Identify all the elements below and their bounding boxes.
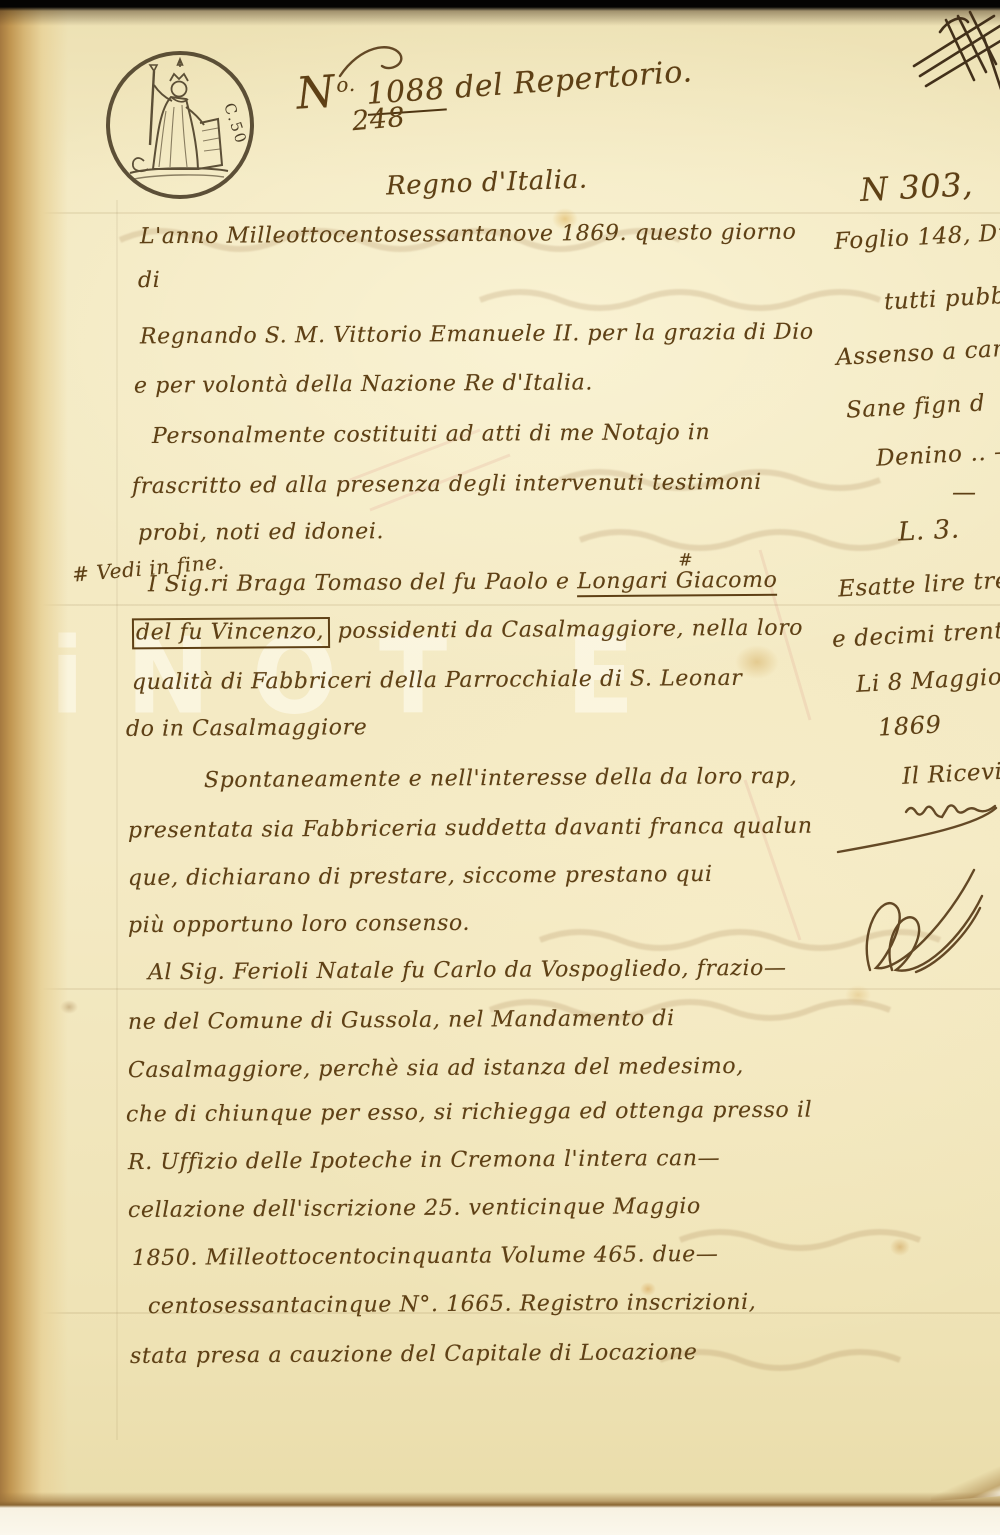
body-line: e per volontà della Nazione Re d'Italia. — [134, 370, 593, 398]
body-line: qualità di Fabbriceri della Parrocchiale… — [132, 666, 743, 695]
body-line: R. Uffizio delle Ipoteche in Cremona l'i… — [128, 1146, 720, 1175]
body-line: Regnando S. M. Vittorio Emanuele II. per… — [140, 320, 814, 350]
body-line: frascritto ed alla presenza degli interv… — [132, 470, 762, 499]
underlined-name: Longari Giacomo — [577, 568, 777, 597]
body-line: probi, noti ed idonei. — [138, 519, 384, 546]
scan-top-edge — [0, 0, 1000, 26]
page-bottom-edge — [0, 1492, 1000, 1535]
insertion-mark: # — [678, 550, 693, 570]
page-left-edge — [0, 0, 70, 1535]
body-line: di — [138, 268, 161, 293]
body-line: ne del Comune di Gussola, nel Mandamento… — [128, 1006, 675, 1035]
body-line: cellazione dell'iscrizione 25. venticinq… — [128, 1194, 701, 1223]
body-line: Personalmente costituiti ad atti di me N… — [152, 420, 710, 449]
boxed-text: del fu Vincenzo, — [132, 617, 330, 649]
stamp-value: C.50 — [220, 101, 250, 147]
margin-year: 1869 — [877, 710, 942, 741]
body-line-names: I Sig.ri Braga Tomaso del fu Paolo e Lon… — [148, 568, 778, 597]
body-line: centosessantacinque N°. 1665. Registro i… — [148, 1290, 757, 1319]
body-line: L'anno Milleottocentosessantanove 1869. … — [140, 220, 797, 250]
body-line: più opportuno loro consenso. — [128, 911, 470, 938]
body-line: 1850. Milleottocentocinquanta Volume 465… — [132, 1242, 719, 1271]
body-line-boxed: del fu Vincenzo, possidenti da Casalmagg… — [132, 616, 803, 646]
body-line: che di chiunque per esso, si richiegga e… — [126, 1098, 812, 1128]
body-line: Casalmaggiore, perchè sia ad istanza del… — [128, 1054, 744, 1083]
manuscript-page: iNOT E — [0, 0, 1000, 1535]
notary-signature-flourish — [852, 852, 1000, 982]
secondary-number: 248 — [351, 102, 407, 138]
body-line: Al Sig. Ferioli Natale fu Carlo da Vospo… — [148, 956, 787, 985]
margin-fee: L. 3. — [897, 514, 960, 547]
body-line: Spontaneamente e nell'interesse della da… — [204, 764, 798, 793]
body-line: que, dichiarano di prestare, siccome pre… — [128, 862, 713, 891]
repertory-n: N — [295, 66, 339, 120]
body-line: presentata sia Fabbriceria suddetta dava… — [128, 814, 813, 844]
margin-dash: — — [952, 478, 977, 506]
body-line: do in Casalmaggiore — [126, 715, 367, 742]
revenue-stamp: C.50 — [100, 45, 260, 205]
body-line: stata presa a cauzione del Capitale di L… — [130, 1340, 698, 1369]
margin-ref-number: N 303, — [859, 165, 974, 209]
